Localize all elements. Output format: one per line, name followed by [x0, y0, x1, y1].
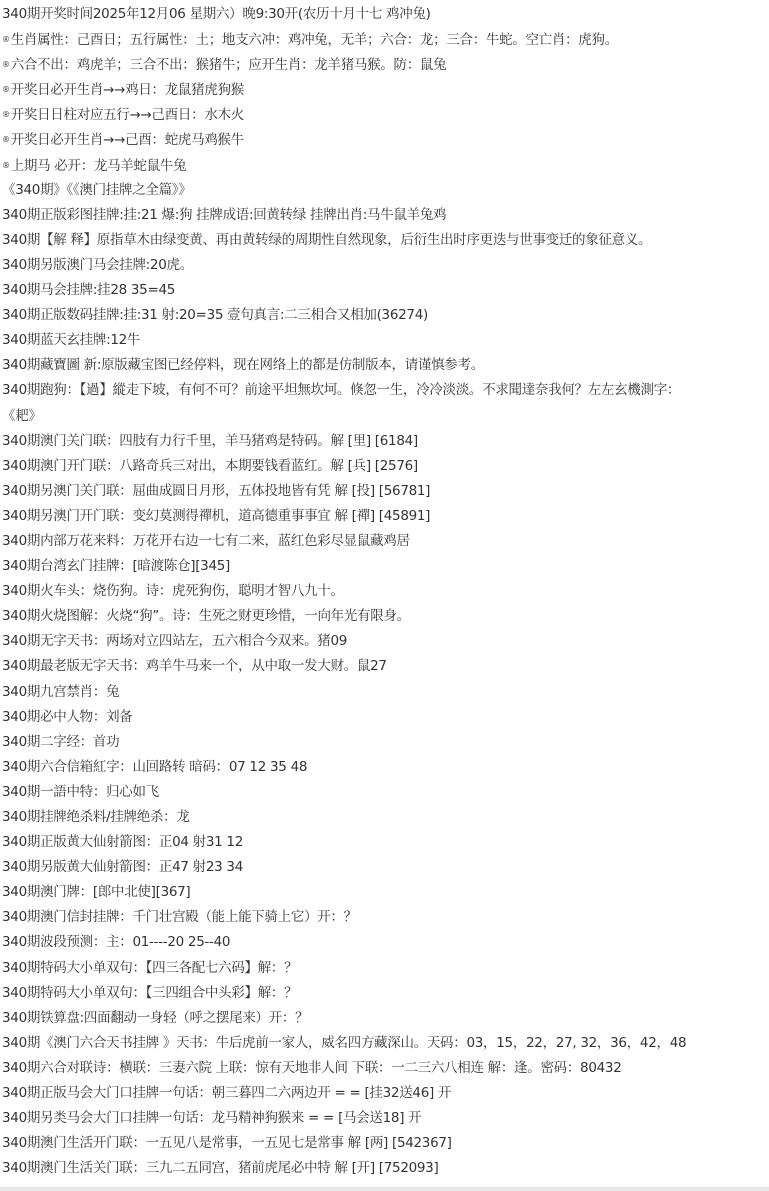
entry-line: 340期另澳门开门联：变幻莫测得禪机，道高德重事事宜 解 [禪] [45891]: [2, 504, 769, 529]
entry-line: 340期另版澳门马会挂牌:20虎。: [2, 253, 769, 278]
attribute-line: ®开奖日日柱对应五行→→己酉日：水木火: [2, 102, 769, 127]
entry-line: 340期九宫禁肖：兔: [2, 680, 769, 705]
attribute-text: 开奖日必开生肖→→己酉：蛇虎马鸡猴牛: [11, 132, 244, 148]
entry-line: 340期铁算盘:四面翻动一身轻（呼之摆尾来）开：？: [2, 1006, 769, 1031]
attribute-text: 开奖日必开生肖→→鸡日：龙鼠猪虎狗猴: [11, 82, 244, 98]
entry-line: 340期蓝天玄挂牌:12牛: [2, 328, 769, 353]
entry-line: 340期澳门信封挂牌：千门壮宫殿（能上能下骑上它）开：？: [2, 905, 769, 930]
entry-line: 340期《澳门六合天书挂牌 》天书：牛后虎前一家人，威名四方藏深山。天码：03，…: [2, 1031, 769, 1056]
entry-line: 340期马会挂牌:挂28 35=45: [2, 278, 769, 303]
entry-line: 340期跑狗：【過】縱走下坡，有何不可？前途平坦無坎坷。倏忽一生，冷冷淡淡。不求…: [2, 378, 769, 403]
entry-line: 340期澳门牌：[郎中北使][367]: [2, 880, 769, 905]
entry-line: 340期火车头：烧伤狗。诗：虎死狗伤，聪明才智八九十。: [2, 579, 769, 604]
entry-line-continuation: 《耙》: [2, 404, 769, 429]
entry-line: 340期波段预测：主：01----20 25--40: [2, 930, 769, 955]
attribute-text: 六合不出：鸡虎羊；三合不出：猴猪牛；应开生肖：龙羊猪马猴。防：鼠兔: [11, 57, 447, 73]
draw-time-heading: 340期开奖时间2025年12月06 星期六）晚9:30开(农历十月十七 鸡冲兔…: [2, 2, 769, 27]
entry-line: 340期正版马会大门口挂牌一句话：朝三暮四二六两边开 = = [挂32送46] …: [2, 1081, 769, 1106]
entry-line: 340期另版黄大仙射箭图：正47 射23 34: [2, 855, 769, 880]
entry-line: 340期澳门开门联：八路奇兵三对出，本期要钱看蓝红。解 [兵] [2576]: [2, 454, 769, 479]
registered-mark-icon: ®: [2, 35, 10, 44]
entry-line: 340期六合信箱紅字：山回路转 暗码：07 12 35 48: [2, 755, 769, 780]
registered-mark-icon: ®: [2, 60, 10, 69]
entry-line: 340期正版数码挂牌:挂:31 射:20=35 壹句真言:二三相合又相加(362…: [2, 303, 769, 328]
entry-line: 340期二字经：首功: [2, 730, 769, 755]
bottom-divider: [0, 1187, 769, 1191]
entry-line: 340期澳门生活关门联：三九二五同宫，猪前虎尾必中特 解 [开] [752093…: [2, 1156, 769, 1181]
entry-line: 340期六合对联诗：横联：三妻六院 上联：惊有天地非人间 下联：一二三六八相连 …: [2, 1056, 769, 1081]
entry-line: 340期无字天书：两场对立四站左，五六相合今双来。猪09: [2, 629, 769, 654]
entry-line: 340期正版彩图挂牌:挂:21 爆:狗 挂牌成语:回黄转绿 挂牌出肖:马牛鼠羊兔…: [2, 203, 769, 228]
section-title: 《340期》《《澳门挂牌之全篇》》: [2, 178, 769, 203]
entry-line: 340期藏寶圖 新:原版藏宝图已经停料，现在网络上的都是仿制版本，请谨慎参考。: [2, 353, 769, 378]
article-body: 340期开奖时间2025年12月06 星期六）晚9:30开(农历十月十七 鸡冲兔…: [0, 0, 769, 1181]
entry-line: 340期澳门生活开门联：一五见八是常事，一五见七是常事 解 [两] [54236…: [2, 1131, 769, 1156]
entry-line: 340期【解 释】原指草木由绿变黄、再由黄转绿的周期性自然现象，后衍生出时序更迭…: [2, 228, 769, 253]
attribute-text: 开奖日日柱对应五行→→己酉日：水木火: [11, 107, 244, 123]
attribute-line: ®生肖属性：己酉日；五行属性：土；地支六冲：鸡冲兔，无羊；六合：龙；三合：牛蛇。…: [2, 27, 769, 52]
entry-line: 340期澳门关门联：四肢有力行千里，羊马猪鸡是特码。解 [里] [6184]: [2, 429, 769, 454]
entry-line: 340期特码大小单双句：【三四组合中头彩】解：？: [2, 981, 769, 1006]
attribute-text: 生肖属性：己酉日；五行属性：土；地支六冲：鸡冲兔，无羊；六合：龙；三合：牛蛇。空…: [11, 32, 618, 48]
registered-mark-icon: ®: [2, 135, 10, 144]
entry-line: 340期正版黄大仙射箭图：正04 射31 12: [2, 830, 769, 855]
attribute-text: 上期马 必开：龙马羊蛇鼠牛兔: [11, 158, 187, 174]
attribute-line: ®开奖日必开生肖→→己酉：蛇虎马鸡猴牛: [2, 127, 769, 152]
entry-line: 340期最老版无字天书：鸡羊牛马来一个，从中取一发大财。鼠27: [2, 654, 769, 679]
attribute-line: ®开奖日必开生肖→→鸡日：龙鼠猪虎狗猴: [2, 77, 769, 102]
attribute-line: ®上期马 必开：龙马羊蛇鼠牛兔: [2, 153, 769, 178]
registered-mark-icon: ®: [2, 85, 10, 94]
attribute-line: ®六合不出：鸡虎羊；三合不出：猴猪牛；应开生肖：龙羊猪马猴。防：鼠兔: [2, 52, 769, 77]
entry-line: 340期特码大小单双句：【四三各配七六码】解：？: [2, 956, 769, 981]
entry-line: 340期内部万花来料：万花开右边一七有二来，蓝红色彩尽显鼠藏鸡居: [2, 529, 769, 554]
registered-mark-icon: ®: [2, 161, 10, 170]
entry-line: 340期台湾玄门挂牌：[暗渡陈仓][345]: [2, 554, 769, 579]
registered-mark-icon: ®: [2, 110, 10, 119]
entry-line: 340期一語中特：归心如飞: [2, 780, 769, 805]
entry-line: 340期另类马会大门口挂牌一句话：龙马精神狗猴来 = = [马会送18] 开: [2, 1106, 769, 1131]
entry-line: 340期挂牌绝杀料/挂牌绝杀：龙: [2, 805, 769, 830]
entry-line: 340期火烧图解：火烧“狗”。诗：生死之财更珍惜，一向年光有限身。: [2, 604, 769, 629]
entry-line: 340期另澳门关门联：屈曲成圆日月形，五体投地皆有凭 解 [投] [56781]: [2, 479, 769, 504]
entry-line: 340期必中人物：刘备: [2, 705, 769, 730]
